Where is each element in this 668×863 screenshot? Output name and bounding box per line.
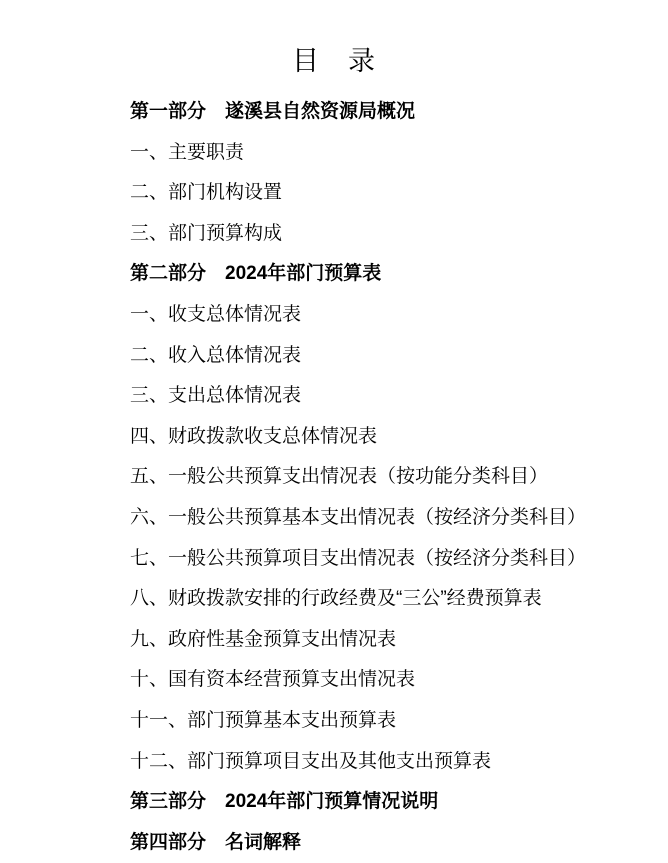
toc-section-heading-part1: 第一部分 遂溪县自然资源局概况 (130, 92, 668, 133)
toc-section-heading-part3: 第三部分 2024年部门预算情况说明 (130, 782, 668, 823)
table-of-contents: 第一部分 遂溪县自然资源局概况 一、主要职责 二、部门机构设置 三、部门预算构成… (130, 92, 668, 863)
page-title: 目 录 (0, 0, 668, 78)
toc-entry: 十、国有资本经营预算支出情况表 (130, 660, 668, 701)
toc-section-heading-part4: 第四部分 名词解释 (130, 823, 668, 863)
toc-entry: 五、一般公共预算支出情况表（按功能分类科目） (130, 457, 668, 498)
toc-entry: 三、支出总体情况表 (130, 376, 668, 417)
toc-entry: 十二、部门预算项目支出及其他支出预算表 (130, 742, 668, 783)
document-page: 目 录 第一部分 遂溪县自然资源局概况 一、主要职责 二、部门机构设置 三、部门… (0, 0, 668, 863)
toc-entry: 六、一般公共预算基本支出情况表（按经济分类科目） (130, 498, 668, 539)
toc-entry: 二、收入总体情况表 (130, 336, 668, 377)
toc-entry: 十一、部门预算基本支出预算表 (130, 701, 668, 742)
toc-entry: 四、财政拨款收支总体情况表 (130, 417, 668, 458)
toc-section-heading-part2: 第二部分 2024年部门预算表 (130, 254, 668, 295)
toc-entry: 八、财政拨款安排的行政经费及“三公”经费预算表 (130, 579, 668, 620)
toc-entry: 二、部门机构设置 (130, 173, 668, 214)
toc-entry: 七、一般公共预算项目支出情况表（按经济分类科目） (130, 539, 668, 580)
toc-entry: 一、收支总体情况表 (130, 295, 668, 336)
toc-entry: 三、部门预算构成 (130, 214, 668, 255)
toc-entry: 一、主要职责 (130, 133, 668, 174)
toc-entry: 九、政府性基金预算支出情况表 (130, 620, 668, 661)
